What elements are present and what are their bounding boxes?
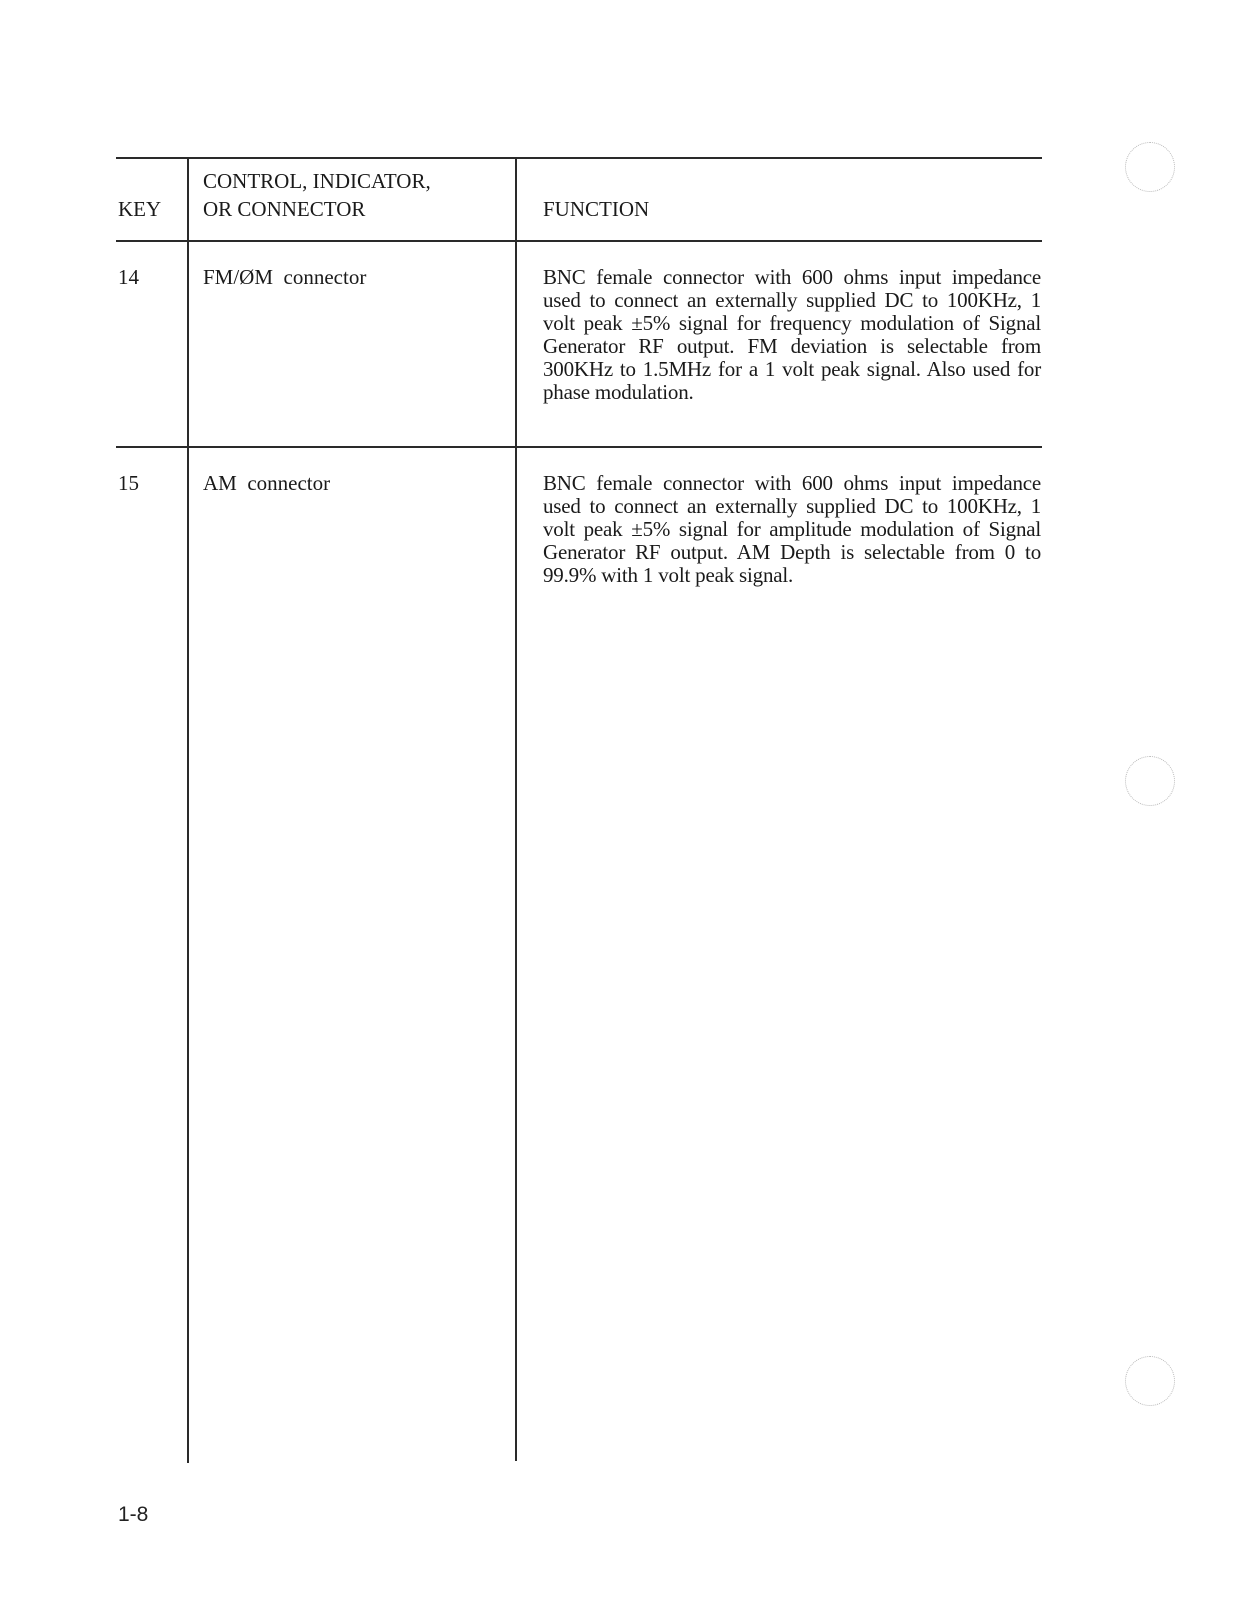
header-key: KEY bbox=[118, 197, 161, 221]
punch-hole-mark bbox=[1125, 1356, 1175, 1406]
punch-hole-mark bbox=[1125, 756, 1175, 806]
header-control-line1: CONTROL, INDICATOR, bbox=[203, 169, 431, 193]
header-function: FUNCTION bbox=[543, 197, 649, 221]
row-15-function: BNC female connector with 600 ohms input… bbox=[543, 472, 1041, 587]
page-number: 1-8 bbox=[118, 1503, 148, 1527]
column-divider-key bbox=[187, 157, 189, 1463]
row-divider bbox=[116, 446, 1042, 448]
table-top-rule bbox=[116, 157, 1042, 159]
row-14-function: BNC female connector with 600 ohms input… bbox=[543, 266, 1041, 404]
row-15-key: 15 bbox=[118, 472, 139, 495]
column-divider-control bbox=[515, 157, 517, 1461]
header-control-line2: OR CONNECTOR bbox=[203, 197, 365, 221]
row-15-control: AM connector bbox=[203, 472, 330, 495]
row-14-key: 14 bbox=[118, 266, 139, 289]
header-bottom-rule bbox=[116, 240, 1042, 242]
punch-hole-mark bbox=[1125, 142, 1175, 192]
row-14-control: FM/ØM connector bbox=[203, 266, 366, 289]
